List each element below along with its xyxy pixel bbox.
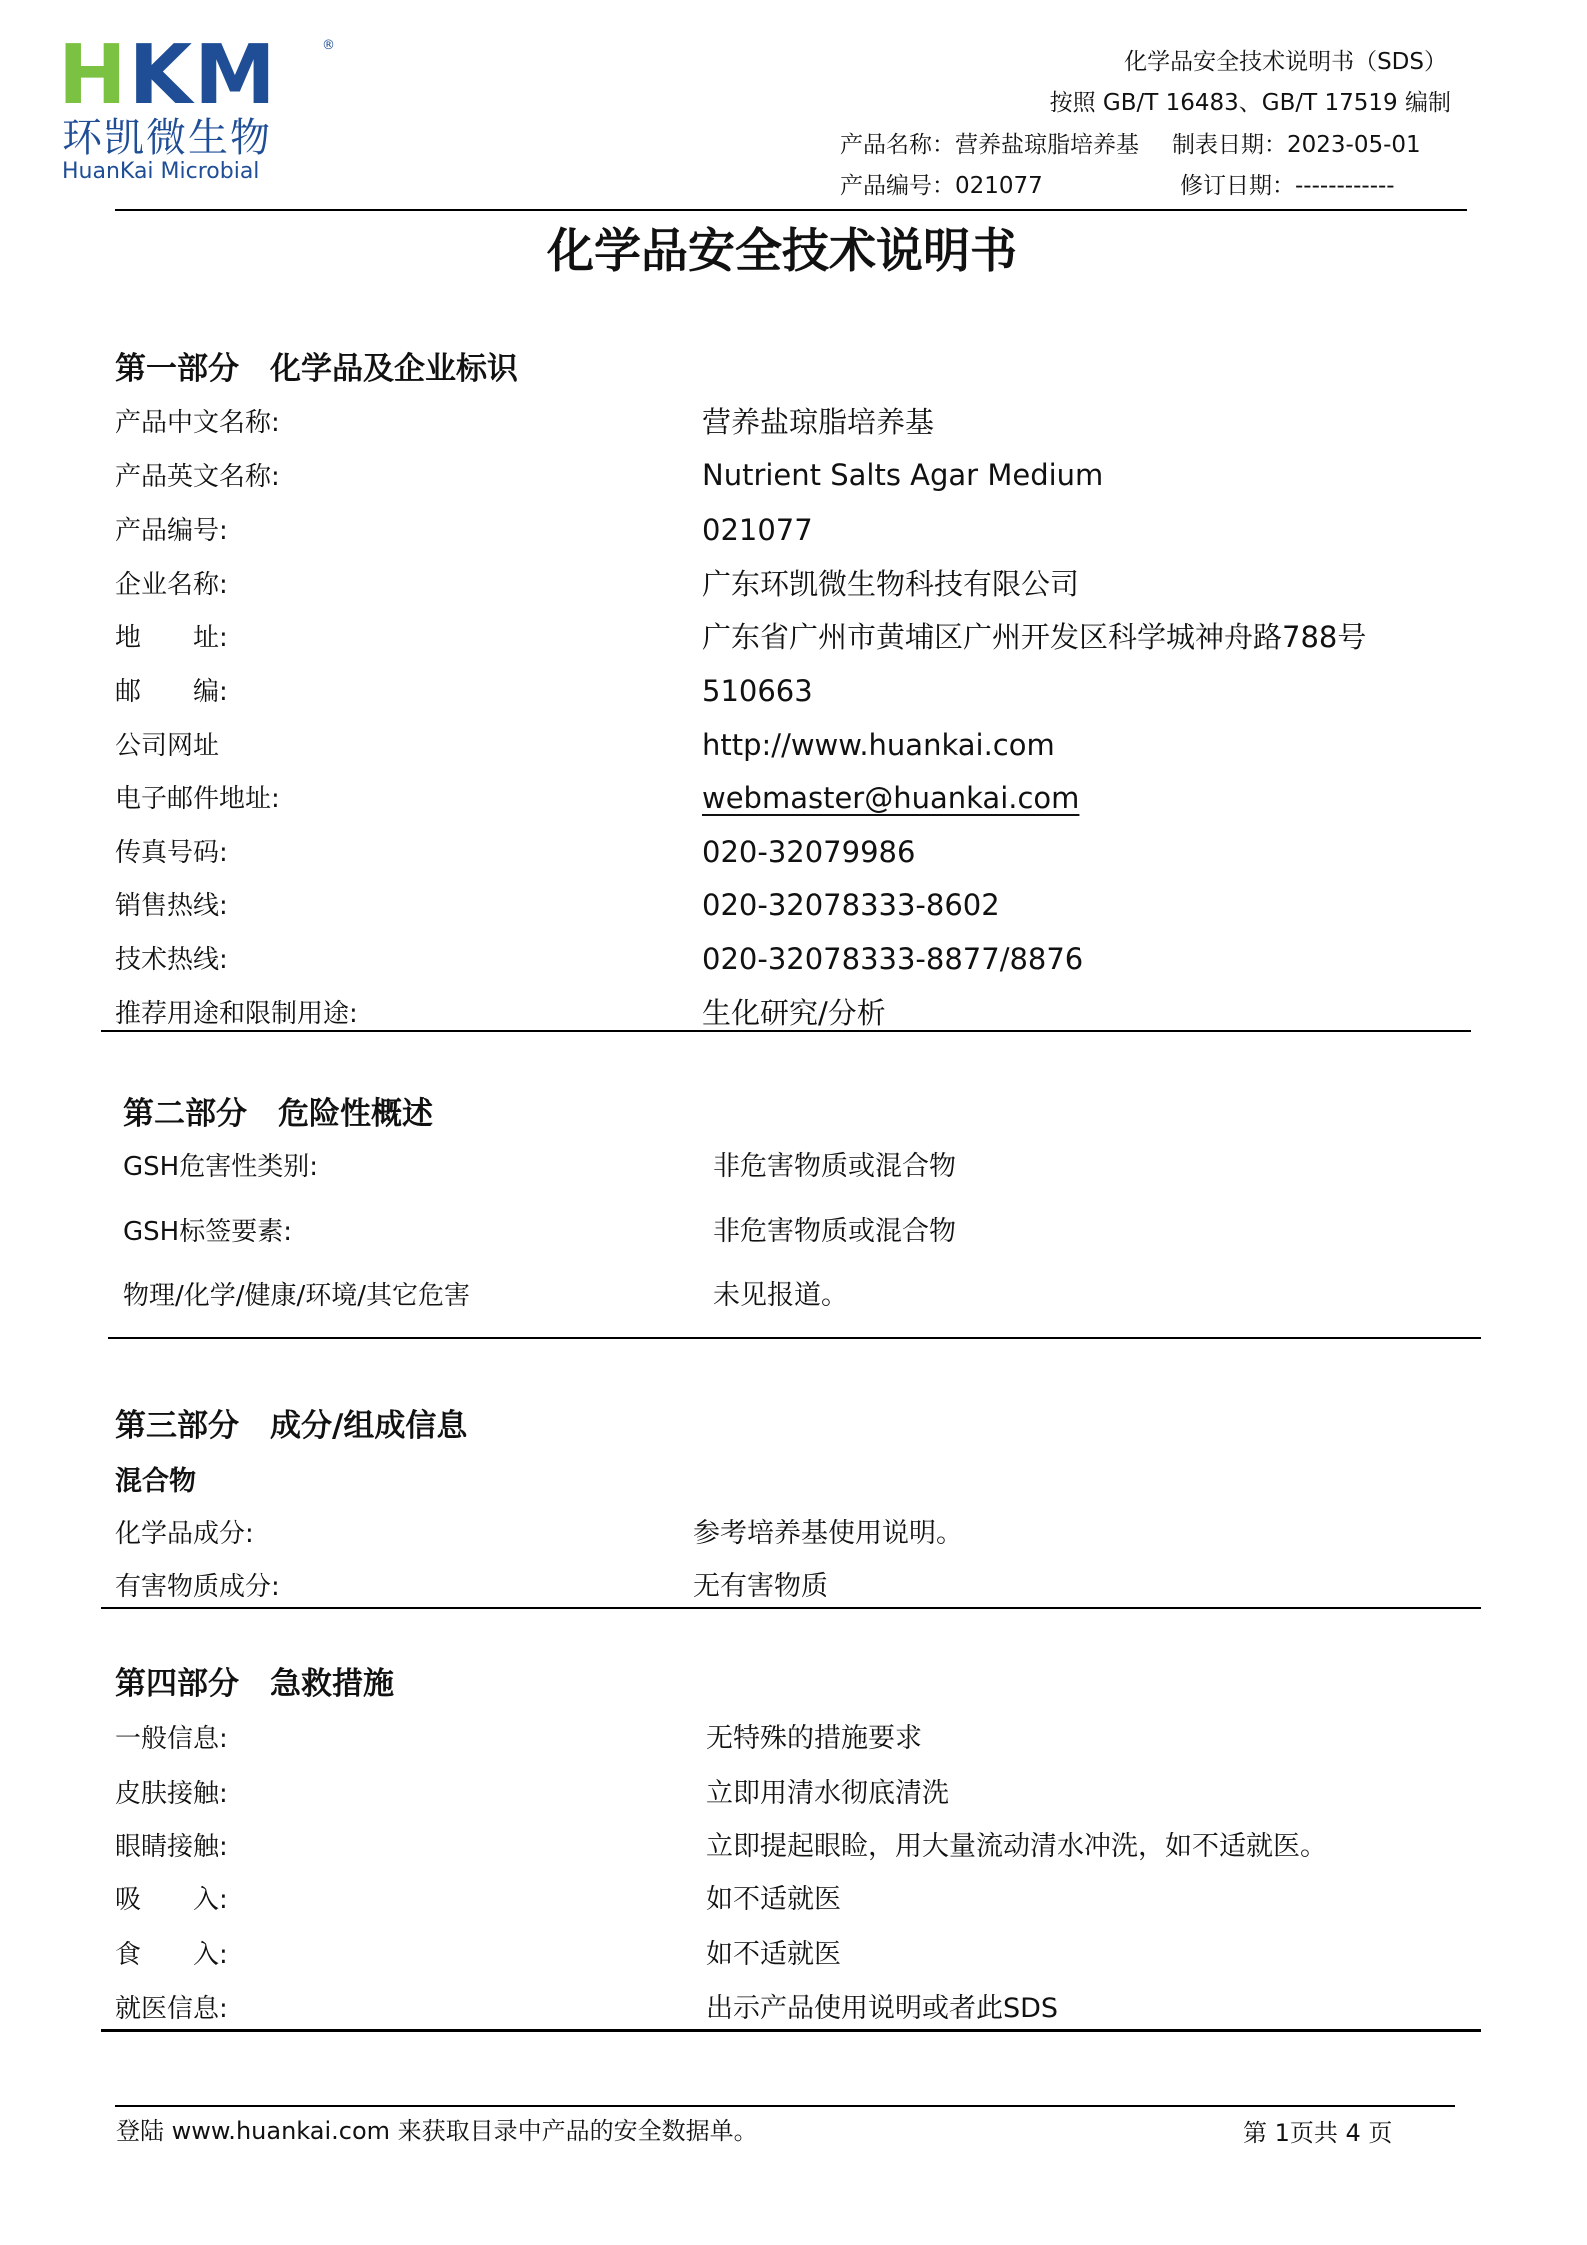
logo-km: KM <box>129 28 278 123</box>
header-product-name: 营养盐琼脂培养基 <box>955 132 1139 158</box>
field-label: 物理/化学/健康/环境/其它危害 <box>123 1279 470 1313</box>
page-indicator: 第 1页共 4 页 <box>1243 2118 1392 2148</box>
field-value: 020-32079986 <box>702 834 915 870</box>
header-product-name-label: 产品名称： <box>840 132 955 158</box>
company-logo: HKM ® 环凯微生物 HuanKai Microbial <box>58 38 338 180</box>
field-value: 立即用清水彻底清洗 <box>706 1777 949 1811</box>
field-label: 传真号码: <box>115 836 228 870</box>
header-revision-row: 修订日期：------------ <box>1180 172 1395 200</box>
field-value: 未见报道。 <box>713 1279 848 1313</box>
field-label: 食 入: <box>115 1938 228 1972</box>
field-label: 推荐用途和限制用途: <box>115 997 358 1031</box>
field-value: 无特殊的措施要求 <box>706 1722 922 1756</box>
logo-mark: HKM <box>58 38 278 114</box>
field-label: 产品编号: <box>115 514 228 548</box>
field-value: 出示产品使用说明或者此SDS <box>706 1992 1058 2026</box>
field-label: 电子邮件地址: <box>115 782 280 816</box>
field-label: 眼睛接触: <box>115 1830 228 1864</box>
field-value: 020-32078333-8602 <box>702 887 1000 923</box>
section-4-heading: 第四部分 急救措施 <box>115 1664 394 1704</box>
section-2-divider <box>108 1337 1481 1339</box>
header-date-label: 制表日期： <box>1172 132 1287 158</box>
field-value: 020-32078333-8877/8876 <box>702 941 1083 977</box>
section-3-subheading: 混合物 <box>115 1462 196 1502</box>
field-value: 非危害物质或混合物 <box>713 1215 956 1249</box>
section-4-divider <box>101 2029 1481 2032</box>
header-product-code: 021077 <box>955 173 1043 199</box>
field-label: 企业名称: <box>115 568 228 602</box>
field-label: 公司网址 <box>115 729 219 763</box>
email-link[interactable]: webmaster@huankai.com <box>702 780 1079 816</box>
field-value: 生化研究/分析 <box>702 995 886 1031</box>
header-doc-type: 化学品安全技术说明书（SDS） <box>1124 48 1447 76</box>
footer-note: 登陆 www.huankai.com 来获取目录中产品的安全数据单。 <box>116 2116 758 2146</box>
field-label: 一般信息: <box>115 1722 228 1756</box>
field-value: 广东环凯微生物科技有限公司 <box>702 566 1079 602</box>
field-value: Nutrient Salts Agar Medium <box>702 457 1103 493</box>
logo-chinese-name: 环凯微生物 <box>62 116 272 160</box>
logo-dna-h: H <box>58 28 129 123</box>
field-value: 021077 <box>702 512 813 548</box>
field-label: 化学品成分: <box>115 1517 254 1551</box>
field-label: 地 址: <box>115 621 228 655</box>
field-label: 就医信息: <box>115 1992 228 2026</box>
header-revision-label: 修订日期： <box>1180 173 1295 199</box>
field-value: 立即提起眼睑，用大量流动清水冲洗，如不适就医。 <box>706 1830 1327 1864</box>
section-1-heading: 第一部分 化学品及企业标识 <box>115 349 518 389</box>
field-value: 广东省广州市黄埔区广州开发区科学城神舟路788号 <box>702 619 1366 655</box>
logo-english-name: HuanKai Microbial <box>62 160 259 184</box>
section-2-heading: 第二部分 危险性概述 <box>123 1094 433 1134</box>
header-standard: 按照 GB/T 16483、GB/T 17519 编制 <box>1050 89 1451 117</box>
field-label: 有害物质成分: <box>115 1570 280 1604</box>
header-product-code-row: 产品编号：021077 <box>840 172 1043 200</box>
header-revision: ------------ <box>1295 173 1395 199</box>
field-label: 产品中文名称: <box>115 406 280 440</box>
registered-mark-icon: ® <box>322 38 335 53</box>
section-3-divider <box>101 1607 1481 1609</box>
field-value: 510663 <box>702 673 813 709</box>
header-divider <box>115 209 1467 211</box>
field-value: 如不适就医 <box>706 1938 841 1972</box>
field-label: 技术热线: <box>115 943 228 977</box>
field-label: 吸 入: <box>115 1883 228 1917</box>
section-1-divider <box>101 1030 1471 1032</box>
field-label: GSH标签要素: <box>123 1215 292 1249</box>
field-label: 皮肤接触: <box>115 1777 228 1811</box>
field-value: 无有害物质 <box>693 1570 828 1604</box>
field-value: 营养盐琼脂培养基 <box>702 404 934 440</box>
field-value: 如不适就医 <box>706 1883 841 1917</box>
field-label: 邮 编: <box>115 675 228 709</box>
field-label: 产品英文名称: <box>115 460 280 494</box>
header-product-name-row: 产品名称：营养盐琼脂培养基 <box>840 131 1139 159</box>
footer-divider <box>115 2105 1455 2107</box>
field-label: GSH危害性类别: <box>123 1150 318 1184</box>
website-link[interactable]: http://www.huankai.com <box>702 727 1055 763</box>
field-label: 销售热线: <box>115 889 228 923</box>
header-product-code-label: 产品编号： <box>840 173 955 199</box>
field-value: 参考培养基使用说明。 <box>693 1517 963 1551</box>
header-date-row: 制表日期：2023-05-01 <box>1172 131 1421 159</box>
section-3-heading: 第三部分 成分/组成信息 <box>115 1406 467 1446</box>
page-title: 化学品安全技术说明书 <box>547 224 1017 280</box>
field-value: 非危害物质或混合物 <box>713 1150 956 1184</box>
header-date: 2023-05-01 <box>1287 132 1421 158</box>
